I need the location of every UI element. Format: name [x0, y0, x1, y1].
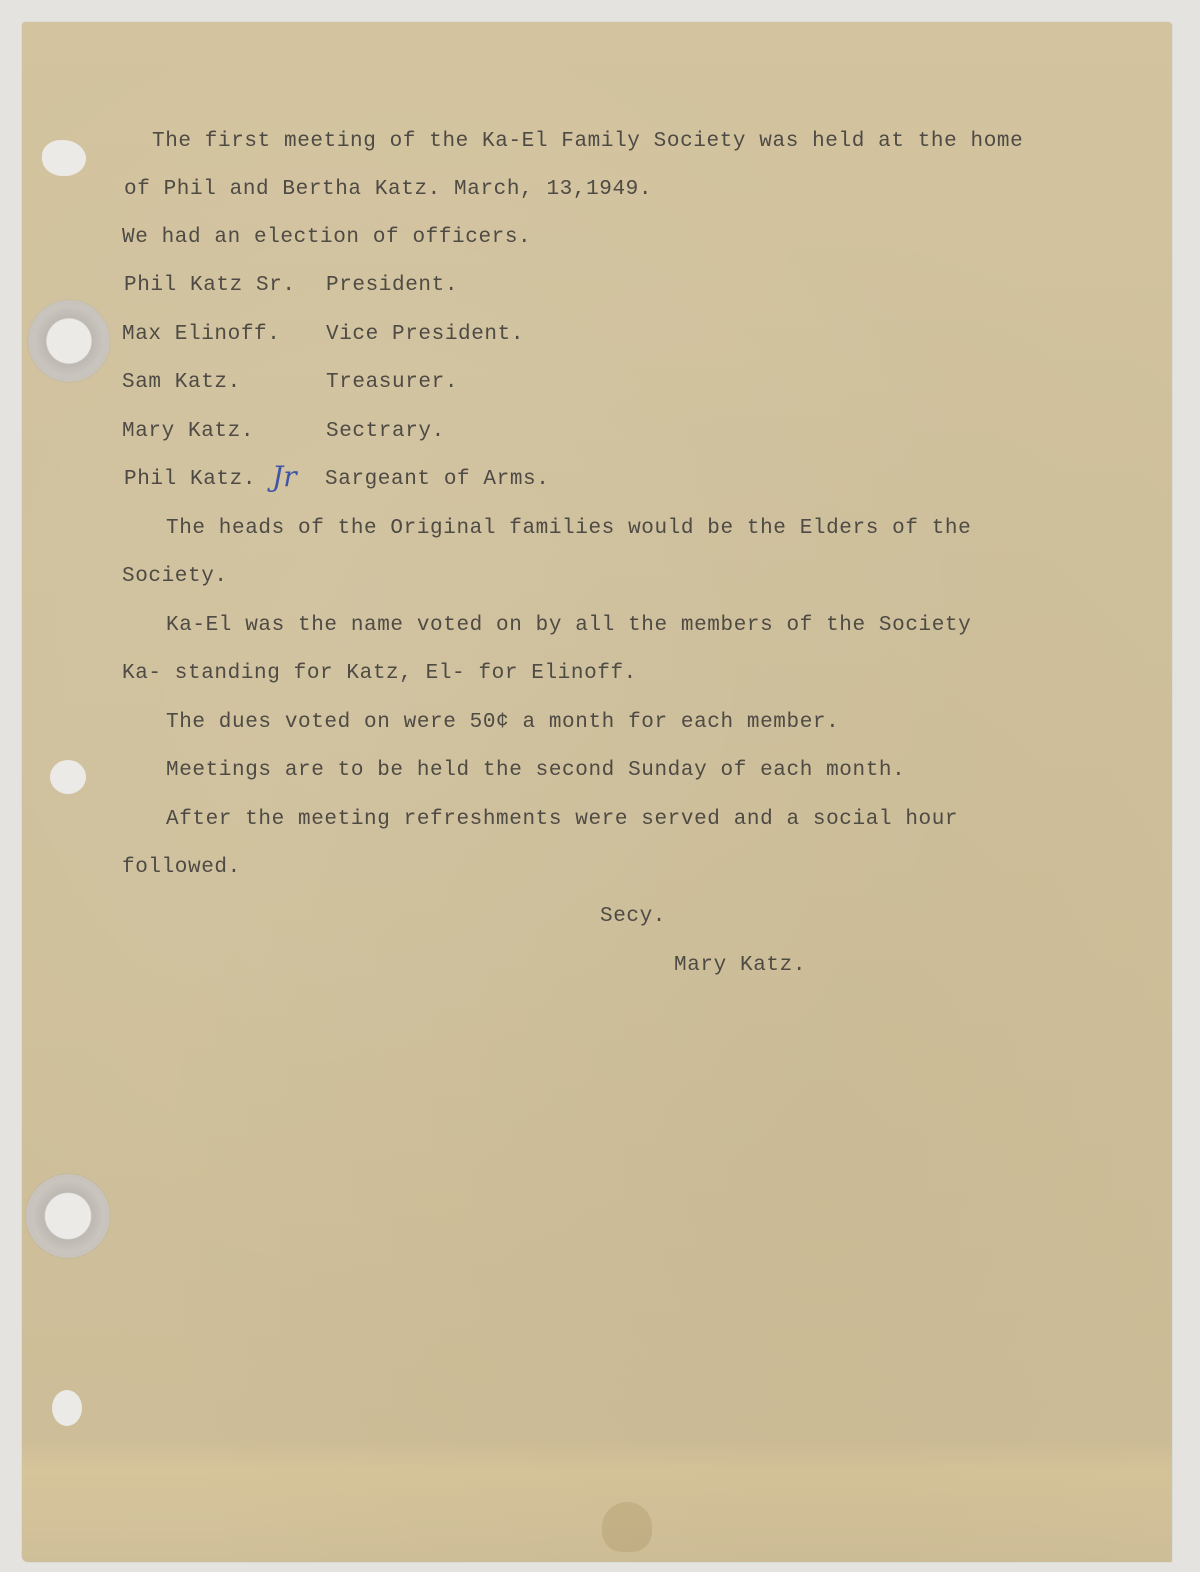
officer-title: Treasurer. — [326, 371, 458, 394]
punch-hole — [50, 760, 86, 794]
paragraph-line: of Phil and Bertha Katz. March, 13,1949. — [124, 178, 652, 201]
torn-punch-hole — [42, 140, 86, 176]
officer-title: Sectrary. — [326, 420, 445, 443]
paragraph-line: Ka- standing for Katz, El- for Elinoff. — [122, 662, 637, 685]
punch-hole — [52, 1390, 82, 1426]
officer-name: Mary Katz. — [122, 420, 254, 443]
paragraph-line: followed. — [122, 856, 241, 879]
paragraph-line: Society. — [122, 565, 228, 588]
officer-name: Phil Katz. — [124, 468, 256, 491]
paragraph-line: The dues voted on were 50¢ a month for e… — [166, 711, 839, 734]
handwritten-annotation: Jr — [272, 460, 297, 493]
typewritten-page: The first meeting of the Ka-El Family So… — [22, 22, 1172, 1562]
officer-name: Phil Katz Sr. — [124, 274, 296, 297]
signature-name: Mary Katz. — [674, 954, 806, 977]
hole-reinforcement-ring — [26, 1174, 110, 1258]
paragraph-line: After the meeting refreshments were serv… — [166, 808, 958, 831]
paragraph-line: Meetings are to be held the second Sunda… — [166, 759, 905, 782]
paragraph-line: The first meeting of the Ka-El Family So… — [152, 130, 1023, 153]
officer-name: Sam Katz. — [122, 371, 241, 394]
paragraph-line: The heads of the Original families would… — [166, 517, 971, 540]
hole-reinforcement-ring — [28, 300, 110, 382]
signature-role: Secy. — [600, 905, 666, 928]
officer-title: President. — [326, 274, 458, 297]
paragraph-line: Ka-El was the name voted on by all the m… — [166, 614, 971, 637]
paragraph-line: We had an election of officers. — [122, 226, 531, 249]
paper-stain — [602, 1502, 652, 1552]
officer-name: Max Elinoff. — [122, 323, 280, 346]
officer-title: Sargeant of Arms. — [325, 468, 549, 491]
officer-title: Vice President. — [326, 323, 524, 346]
